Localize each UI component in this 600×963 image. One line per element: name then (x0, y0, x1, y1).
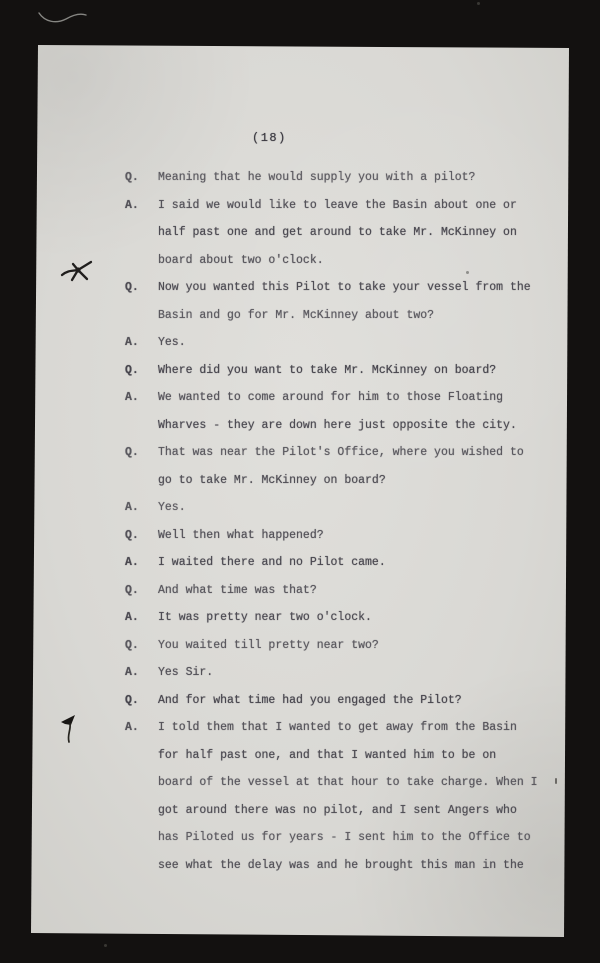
line-text: It was pretty near two o'clock. (158, 604, 550, 632)
scanned-page-background: (18) Q.Meaning that he would supply you … (0, 0, 600, 963)
transcript-line: board of the vessel at that hour to take… (125, 769, 550, 797)
line-text: Yes. (158, 329, 550, 357)
transcript-line: board about two o'clock. (125, 247, 550, 275)
ink-speck (555, 778, 557, 784)
line-text: Yes. (158, 494, 550, 522)
speaker-label (125, 219, 158, 247)
transcript-line: A.Yes. (125, 329, 550, 357)
speaker-label: Q. (125, 577, 158, 605)
transcript-line: Q.That was near the Pilot's Office, wher… (125, 439, 550, 467)
line-text: And for what time had you engaged the Pi… (158, 687, 550, 715)
line-text: see what the delay was and he brought th… (158, 852, 550, 880)
transcript-line: Q.Meaning that he would supply you with … (125, 164, 550, 192)
speaker-label: A. (125, 384, 158, 412)
line-text: Where did you want to take Mr. McKinney … (158, 357, 550, 385)
transcript-line: got around there was no pilot, and I sen… (125, 797, 550, 825)
scratch-line-mark (36, 6, 90, 28)
transcript-line: half past one and get around to take Mr.… (125, 219, 550, 247)
speaker-label: A. (125, 604, 158, 632)
transcript-line: Basin and go for Mr. McKinney about two? (125, 302, 550, 330)
speaker-label (125, 852, 158, 880)
line-text: Yes Sir. (158, 659, 550, 687)
page-number: (18) (252, 131, 287, 145)
speaker-label: A. (125, 494, 158, 522)
speaker-label: A. (125, 329, 158, 357)
line-text: half past one and get around to take Mr.… (158, 219, 550, 247)
line-text: has Piloted us for years - I sent him to… (158, 824, 550, 852)
line-text: board about two o'clock. (158, 247, 550, 275)
speaker-label: A. (125, 192, 158, 220)
transcript-line: for half past one, and that I wanted him… (125, 742, 550, 770)
speaker-label (125, 302, 158, 330)
line-text: Wharves - they are down here just opposi… (158, 412, 550, 440)
handwritten-arrow-mark (58, 712, 84, 750)
transcript-line: Q.Well then what happened? (125, 522, 550, 550)
speaker-label: A. (125, 659, 158, 687)
speaker-label: Q. (125, 274, 158, 302)
transcript-line: A.Yes Sir. (125, 659, 550, 687)
speaker-label: Q. (125, 687, 158, 715)
speaker-label (125, 824, 158, 852)
line-text: I said we would like to leave the Basin … (158, 192, 550, 220)
speaker-label: A. (125, 549, 158, 577)
line-text: We wanted to come around for him to thos… (158, 384, 550, 412)
line-text: board of the vessel at that hour to take… (158, 769, 550, 797)
speaker-label (125, 742, 158, 770)
speaker-label (125, 247, 158, 275)
transcript-line: A.Yes. (125, 494, 550, 522)
transcript-line: A.We wanted to come around for him to th… (125, 384, 550, 412)
speaker-label: Q. (125, 357, 158, 385)
speaker-label: Q. (125, 439, 158, 467)
transcript-line: Q.Now you wanted this Pilot to take your… (125, 274, 550, 302)
line-text: I waited there and no Pilot came. (158, 549, 550, 577)
line-text: go to take Mr. McKinney on board? (158, 467, 550, 495)
line-text: And what time was that? (158, 577, 550, 605)
dust-speck (477, 2, 480, 5)
speaker-label (125, 412, 158, 440)
transcript-line: Q.You waited till pretty near two? (125, 632, 550, 660)
transcript-line: A.It was pretty near two o'clock. (125, 604, 550, 632)
transcript-line: Q.And what time was that? (125, 577, 550, 605)
speaker-label (125, 797, 158, 825)
speaker-label: Q. (125, 522, 158, 550)
speaker-label: Q. (125, 632, 158, 660)
line-text: got around there was no pilot, and I sen… (158, 797, 550, 825)
dust-speck (104, 944, 107, 947)
transcript-line: Wharves - they are down here just opposi… (125, 412, 550, 440)
transcript-line: has Piloted us for years - I sent him to… (125, 824, 550, 852)
transcript-line: A.I said we would like to leave the Basi… (125, 192, 550, 220)
transcript: Q.Meaning that he would supply you with … (125, 164, 550, 879)
transcript-line: go to take Mr. McKinney on board? (125, 467, 550, 495)
line-text: Well then what happened? (158, 522, 550, 550)
speaker-label: A. (125, 714, 158, 742)
line-text: for half past one, and that I wanted him… (158, 742, 550, 770)
speaker-label: Q. (125, 164, 158, 192)
transcript-line: A.I waited there and no Pilot came. (125, 549, 550, 577)
transcript-line: see what the delay was and he brought th… (125, 852, 550, 880)
ink-speck (466, 271, 469, 274)
line-text: Meaning that he would supply you with a … (158, 164, 550, 192)
speaker-label (125, 467, 158, 495)
transcript-line: Q.And for what time had you engaged the … (125, 687, 550, 715)
line-text: Now you wanted this Pilot to take your v… (158, 274, 550, 302)
line-text: I told them that I wanted to get away fr… (158, 714, 550, 742)
line-text: You waited till pretty near two? (158, 632, 550, 660)
handwritten-star-mark (60, 258, 96, 288)
line-text: That was near the Pilot's Office, where … (158, 439, 550, 467)
transcript-line: A.I told them that I wanted to get away … (125, 714, 550, 742)
line-text: Basin and go for Mr. McKinney about two? (158, 302, 550, 330)
speaker-label (125, 769, 158, 797)
transcript-line: Q.Where did you want to take Mr. McKinne… (125, 357, 550, 385)
